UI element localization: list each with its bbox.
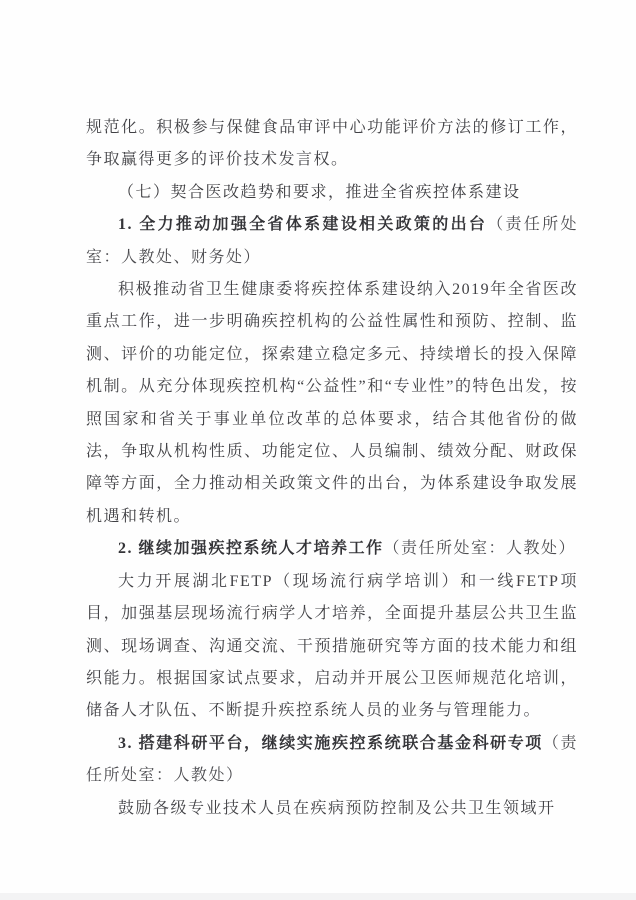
item-heading-1: 1. 全力推动加强全省体系建设相关政策的出台（责任所处室：人教处、财务处） [86, 209, 578, 274]
item-heading-3: 3. 搭建科研平台，继续实施疾控系统联合基金科研专项（责任所处室：人教处） [86, 728, 578, 793]
item-heading-2-responsible-office: （责任所处室：人教处） [384, 540, 577, 557]
paragraph-item-2-body: 大力开展湖北FETP（现场流行病学培训）和一线FETP项目，加强基层现场流行病学… [86, 566, 578, 728]
paragraph-continuation: 规范化。积极参与保健食品审评中心功能评价方法的修订工作，争取赢得更多的评价技术发… [86, 112, 578, 177]
item-heading-2: 2. 继续加强疾控系统人才培养工作（责任所处室：人教处） [86, 533, 578, 565]
document-body: 规范化。积极参与保健食品审评中心功能评价方法的修订工作，争取赢得更多的评价技术发… [86, 112, 578, 825]
scanned-document-page: 规范化。积极参与保健食品审评中心功能评价方法的修订工作，争取赢得更多的评价技术发… [0, 0, 636, 900]
paragraph-item-1-body: 积极推动省卫生健康委将疾控体系建设纳入2019年全省医改重点工作，进一步明确疾控… [86, 274, 578, 533]
scan-bottom-shadow [0, 893, 636, 900]
item-heading-3-title: 3. 搭建科研平台，继续实施疾控系统联合基金科研专项 [118, 735, 543, 752]
item-heading-2-title: 2. 继续加强疾控系统人才培养工作 [118, 540, 384, 557]
item-heading-1-title: 1. 全力推动加强全省体系建设相关政策的出台 [118, 216, 487, 233]
section-heading-seven: （七）契合医改趋势和要求，推进全省疾控体系建设 [86, 177, 578, 209]
paragraph-item-3-body: 鼓励各级专业技术人员在疾病预防控制及公共卫生领域开 [86, 793, 578, 825]
